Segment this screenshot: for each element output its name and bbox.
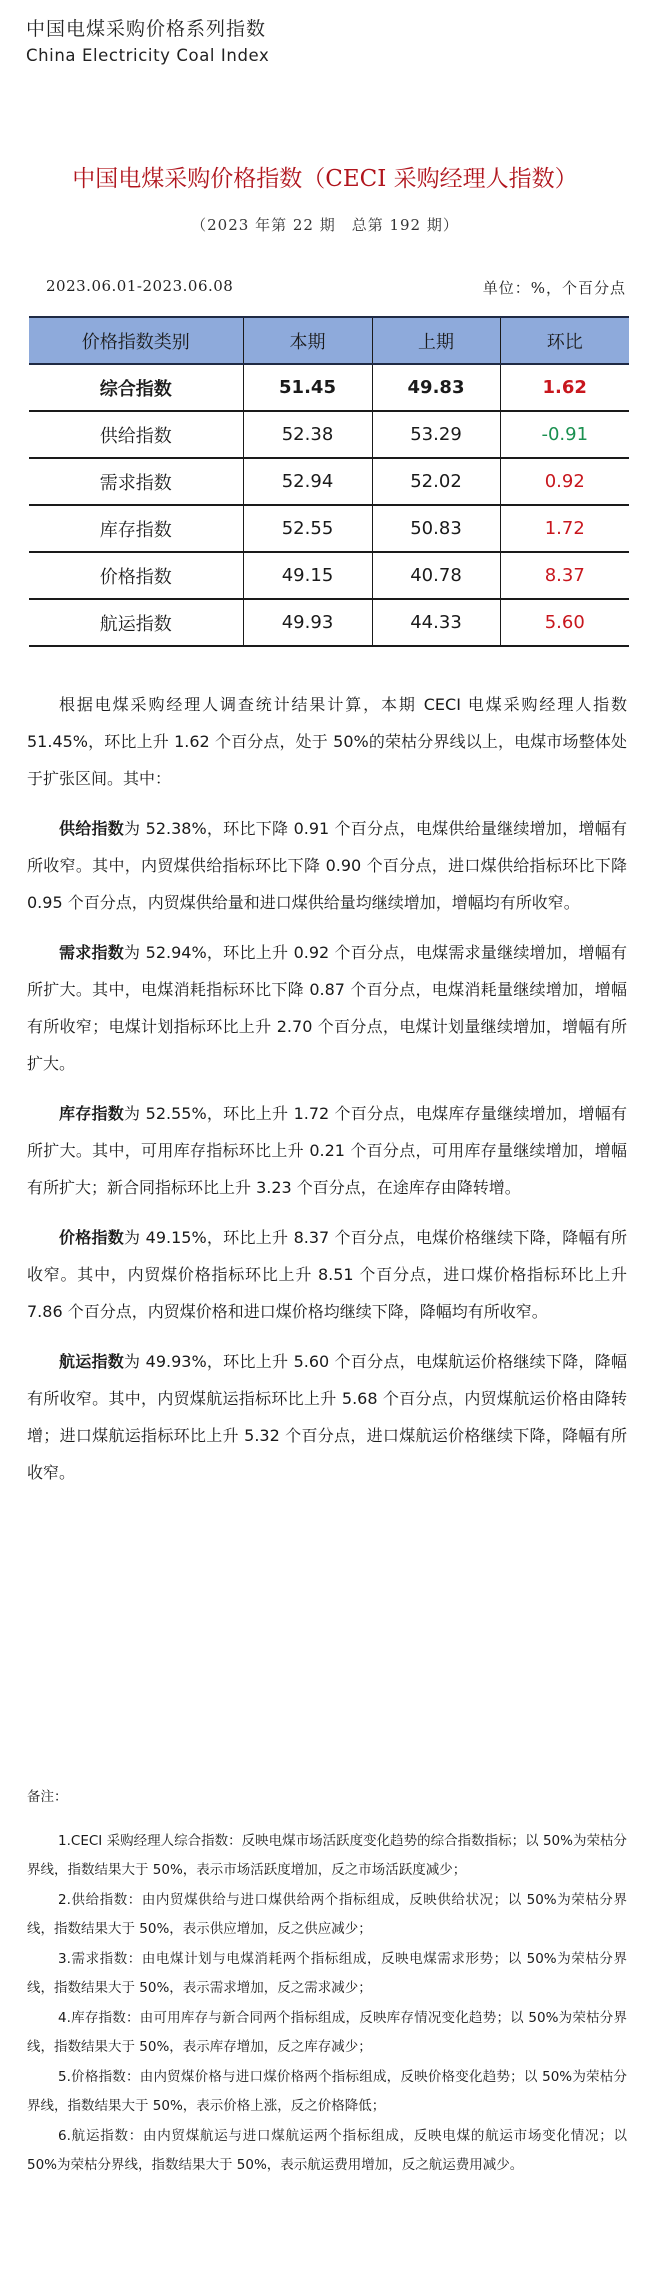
- row-name: 价格指数: [29, 552, 243, 599]
- row-previous: 40.78: [372, 552, 500, 599]
- table-header-row: 价格指数类别 本期 上期 环比: [29, 317, 629, 364]
- table-row: 需求指数 52.94 52.02 0.92: [29, 458, 629, 505]
- row-change: 1.72: [500, 505, 629, 552]
- issue-number: （2023 年第 22 期 总第 192 期）: [0, 214, 650, 235]
- table-row: 航运指数 49.93 44.33 5.60: [29, 599, 629, 646]
- price-paragraph: 价格指数为 49.15%，环比上升 8.37 个百分点，电煤价格继续下降，降幅有…: [27, 1219, 627, 1330]
- report-title: 中国电煤采购价格指数（CECI 采购经理人指数）: [0, 160, 650, 193]
- brand-title-en: China Electricity Coal Index: [26, 46, 269, 65]
- row-current: 52.38: [243, 411, 372, 458]
- row-current: 49.15: [243, 552, 372, 599]
- note-item: 6.航运指数：由内贸煤航运与进口煤航运两个指标组成，反映电煤的航运市场变化情况；…: [27, 2122, 627, 2181]
- table-row: 综合指数 51.45 49.83 1.62: [29, 364, 629, 411]
- paragraph-text: 为 49.93%，环比上升 5.60 个百分点，电煤航运价格继续下降，降幅有所收…: [27, 1352, 627, 1482]
- shipping-paragraph: 航运指数为 49.93%，环比上升 5.60 个百分点，电煤航运价格继续下降，降…: [27, 1343, 627, 1491]
- paragraph-text: 为 52.94%，环比上升 0.92 个百分点，电煤需求量继续增加，增幅有所扩大…: [27, 943, 627, 1073]
- note-item: 5.价格指数：由内贸煤价格与进口煤价格两个指标组成，反映价格变化趋势；以 50%…: [27, 2063, 627, 2122]
- header-category: 价格指数类别: [29, 317, 243, 364]
- demand-paragraph: 需求指数为 52.94%，环比上升 0.92 个百分点，电煤需求量继续增加，增幅…: [27, 934, 627, 1082]
- note-item: 2.供给指数：由内贸煤供给与进口煤供给两个指标组成，反映供给状况；以 50%为荣…: [27, 1886, 627, 1945]
- paragraph-lead: 需求指数: [59, 943, 124, 962]
- row-previous: 44.33: [372, 599, 500, 646]
- row-change: 5.60: [500, 599, 629, 646]
- notes-title: 备注：: [27, 1783, 627, 1813]
- row-name: 供给指数: [29, 411, 243, 458]
- row-change: 0.92: [500, 458, 629, 505]
- row-current: 49.93: [243, 599, 372, 646]
- brand-title-cn: 中国电煤采购价格系列指数: [26, 14, 266, 41]
- row-change: 8.37: [500, 552, 629, 599]
- paragraph-lead: 价格指数: [59, 1228, 124, 1247]
- date-range: 2023.06.01-2023.06.08: [46, 277, 233, 295]
- row-current: 52.94: [243, 458, 372, 505]
- row-previous: 50.83: [372, 505, 500, 552]
- paragraph-lead: 供给指数: [59, 819, 124, 838]
- row-change: 1.62: [500, 364, 629, 411]
- analysis-body: 根据电煤采购经理人调查统计结果计算，本期 CECI 电煤采购经理人指数 51.4…: [27, 686, 627, 1504]
- note-item: 3.需求指数：由电煤计划与电煤消耗两个指标组成，反映电煤需求形势；以 50%为荣…: [27, 1945, 627, 2004]
- intro-paragraph: 根据电煤采购经理人调查统计结果计算，本期 CECI 电煤采购经理人指数 51.4…: [27, 686, 627, 797]
- row-previous: 49.83: [372, 364, 500, 411]
- row-previous: 52.02: [372, 458, 500, 505]
- header-change: 环比: [500, 317, 629, 364]
- index-table: 价格指数类别 本期 上期 环比 综合指数 51.45 49.83 1.62 供给…: [29, 316, 629, 647]
- table-row: 库存指数 52.55 50.83 1.72: [29, 505, 629, 552]
- note-item: 1.CECI 采购经理人综合指数：反映电煤市场活跃度变化趋势的综合指数指标；以 …: [27, 1827, 627, 1886]
- note-item: 4.库存指数：由可用库存与新合同两个指标组成，反映库存情况变化趋势；以 50%为…: [27, 2004, 627, 2063]
- notes-section: 备注： 1.CECI 采购经理人综合指数：反映电煤市场活跃度变化趋势的综合指数指…: [27, 1783, 627, 2181]
- row-change: -0.91: [500, 411, 629, 458]
- row-name: 综合指数: [29, 364, 243, 411]
- inventory-paragraph: 库存指数为 52.55%，环比上升 1.72 个百分点，电煤库存量继续增加，增幅…: [27, 1095, 627, 1206]
- row-current: 52.55: [243, 505, 372, 552]
- paragraph-lead: 库存指数: [59, 1104, 124, 1123]
- table-row: 价格指数 49.15 40.78 8.37: [29, 552, 629, 599]
- row-name: 库存指数: [29, 505, 243, 552]
- row-name: 需求指数: [29, 458, 243, 505]
- supply-paragraph: 供给指数为 52.38%，环比下降 0.91 个百分点，电煤供给量继续增加，增幅…: [27, 810, 627, 921]
- row-previous: 53.29: [372, 411, 500, 458]
- header-previous: 上期: [372, 317, 500, 364]
- header-current: 本期: [243, 317, 372, 364]
- row-current: 51.45: [243, 364, 372, 411]
- row-name: 航运指数: [29, 599, 243, 646]
- unit-label: 单位：%，个百分点: [483, 277, 626, 298]
- paragraph-lead: 航运指数: [59, 1352, 124, 1371]
- table-row: 供给指数 52.38 53.29 -0.91: [29, 411, 629, 458]
